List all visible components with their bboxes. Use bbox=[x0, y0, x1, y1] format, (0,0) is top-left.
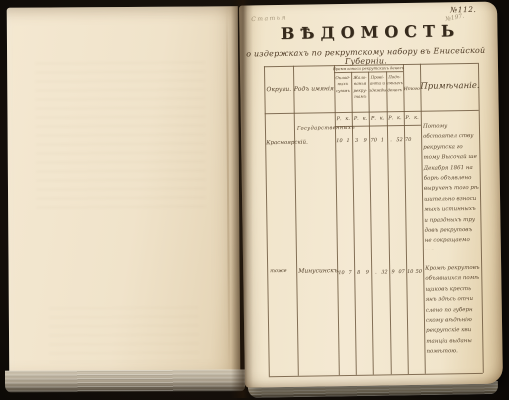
ruble-label: Р. bbox=[335, 116, 344, 122]
column-header-note: Примѣчаніе. bbox=[420, 81, 478, 92]
ruble-label: Р. bbox=[404, 115, 413, 121]
amount-cell: 70 bbox=[404, 137, 413, 143]
row1-okrug-entry: Красноярскій. bbox=[266, 140, 308, 147]
row2-estate-entry: Минусинскъ. bbox=[298, 267, 340, 275]
ruble-label: Р. bbox=[352, 116, 361, 122]
amount-cell: 52 bbox=[395, 137, 404, 143]
kopeck-label: к. bbox=[412, 115, 421, 121]
subcolumn-header: Жало- ванья рекру- тамъ bbox=[351, 75, 369, 109]
amount-cell: 10 bbox=[337, 270, 346, 276]
row2-remark: Кромѣ рекрутовъ объявшихся помѣ щиковъ к… bbox=[425, 263, 482, 369]
page-crease bbox=[226, 6, 231, 371]
amount-cell: 50 bbox=[415, 269, 424, 275]
row1-remark: Потому обстоятел ству рекрутска го тому … bbox=[423, 121, 480, 250]
amount-cell: 10 bbox=[406, 269, 415, 275]
page-stack-edge-left bbox=[5, 369, 245, 392]
ruble-label: Р. bbox=[386, 115, 395, 121]
amount-cell: 70 bbox=[369, 137, 378, 143]
photo-of-open-ledger-book: Статья №112. №197. ВѢДОМОСТЬ о издержках… bbox=[0, 0, 509, 400]
amount-cell: . bbox=[372, 269, 381, 275]
amount-cell: 1 bbox=[344, 138, 353, 144]
amount-cell: 07 bbox=[397, 269, 406, 275]
header-bottom-line bbox=[265, 110, 479, 114]
kopeck-label: к. bbox=[361, 116, 370, 122]
row1-amounts: 10 1 3 9 70 1 . 52 70 bbox=[335, 137, 421, 144]
amount-cell: 8 bbox=[354, 270, 363, 276]
column-header-total: Итого bbox=[403, 87, 420, 92]
amount-cell: 3 bbox=[352, 138, 361, 144]
kopeck-label: к. bbox=[395, 115, 404, 121]
table-border-bottom bbox=[269, 373, 483, 377]
subcolumn-header: Подъ- емныхъ денегъ bbox=[386, 74, 404, 108]
subcolumn-header: Прові- анта и одежды bbox=[369, 74, 387, 108]
row2-amounts: 10 7 8 9 . 32 9 07 10 50 bbox=[337, 269, 423, 276]
pencil-annotation: Статья bbox=[251, 14, 287, 23]
amount-cell: 1 bbox=[378, 137, 387, 143]
ledger-page: Статья №112. №197. ВѢДОМОСТЬ о издержках… bbox=[239, 2, 503, 388]
ink-bleedthrough-smudge bbox=[49, 306, 199, 362]
column-header-estate: Родъ имянія bbox=[293, 85, 334, 93]
amount-cell: . bbox=[387, 137, 396, 143]
left-blank-page bbox=[7, 6, 241, 373]
subcolumn-header: Оклад- ныхъ суммъ bbox=[334, 75, 352, 109]
ink-bleedthrough-smudge bbox=[35, 61, 206, 212]
amount-cell: 9 bbox=[363, 270, 372, 276]
amount-cell: 7 bbox=[346, 270, 355, 276]
amount-cell: 10 bbox=[335, 138, 344, 144]
subcolumn-headers: Оклад- ныхъ суммъ Жало- ванья рекру- там… bbox=[334, 74, 404, 109]
amount-cell: 9 bbox=[361, 138, 370, 144]
amount-cell: 9 bbox=[389, 269, 398, 275]
kopeck-label: к. bbox=[378, 115, 387, 121]
kopeck-label: к. bbox=[343, 116, 352, 122]
ruble-label: Р. bbox=[369, 115, 378, 121]
amount-cell: 32 bbox=[380, 269, 389, 275]
amount-cell bbox=[412, 137, 421, 143]
column-header-okrug: Округи. bbox=[264, 86, 293, 93]
currency-subheader-row: Р. к. Р. к. Р. к. Р. к. Р. к. bbox=[335, 115, 421, 122]
document-title: ВѢДОМОСТЬ bbox=[263, 21, 477, 43]
row2-okrug-entry: тоже bbox=[270, 268, 286, 274]
row1-estate-entry: Государственныхъ bbox=[297, 125, 355, 132]
